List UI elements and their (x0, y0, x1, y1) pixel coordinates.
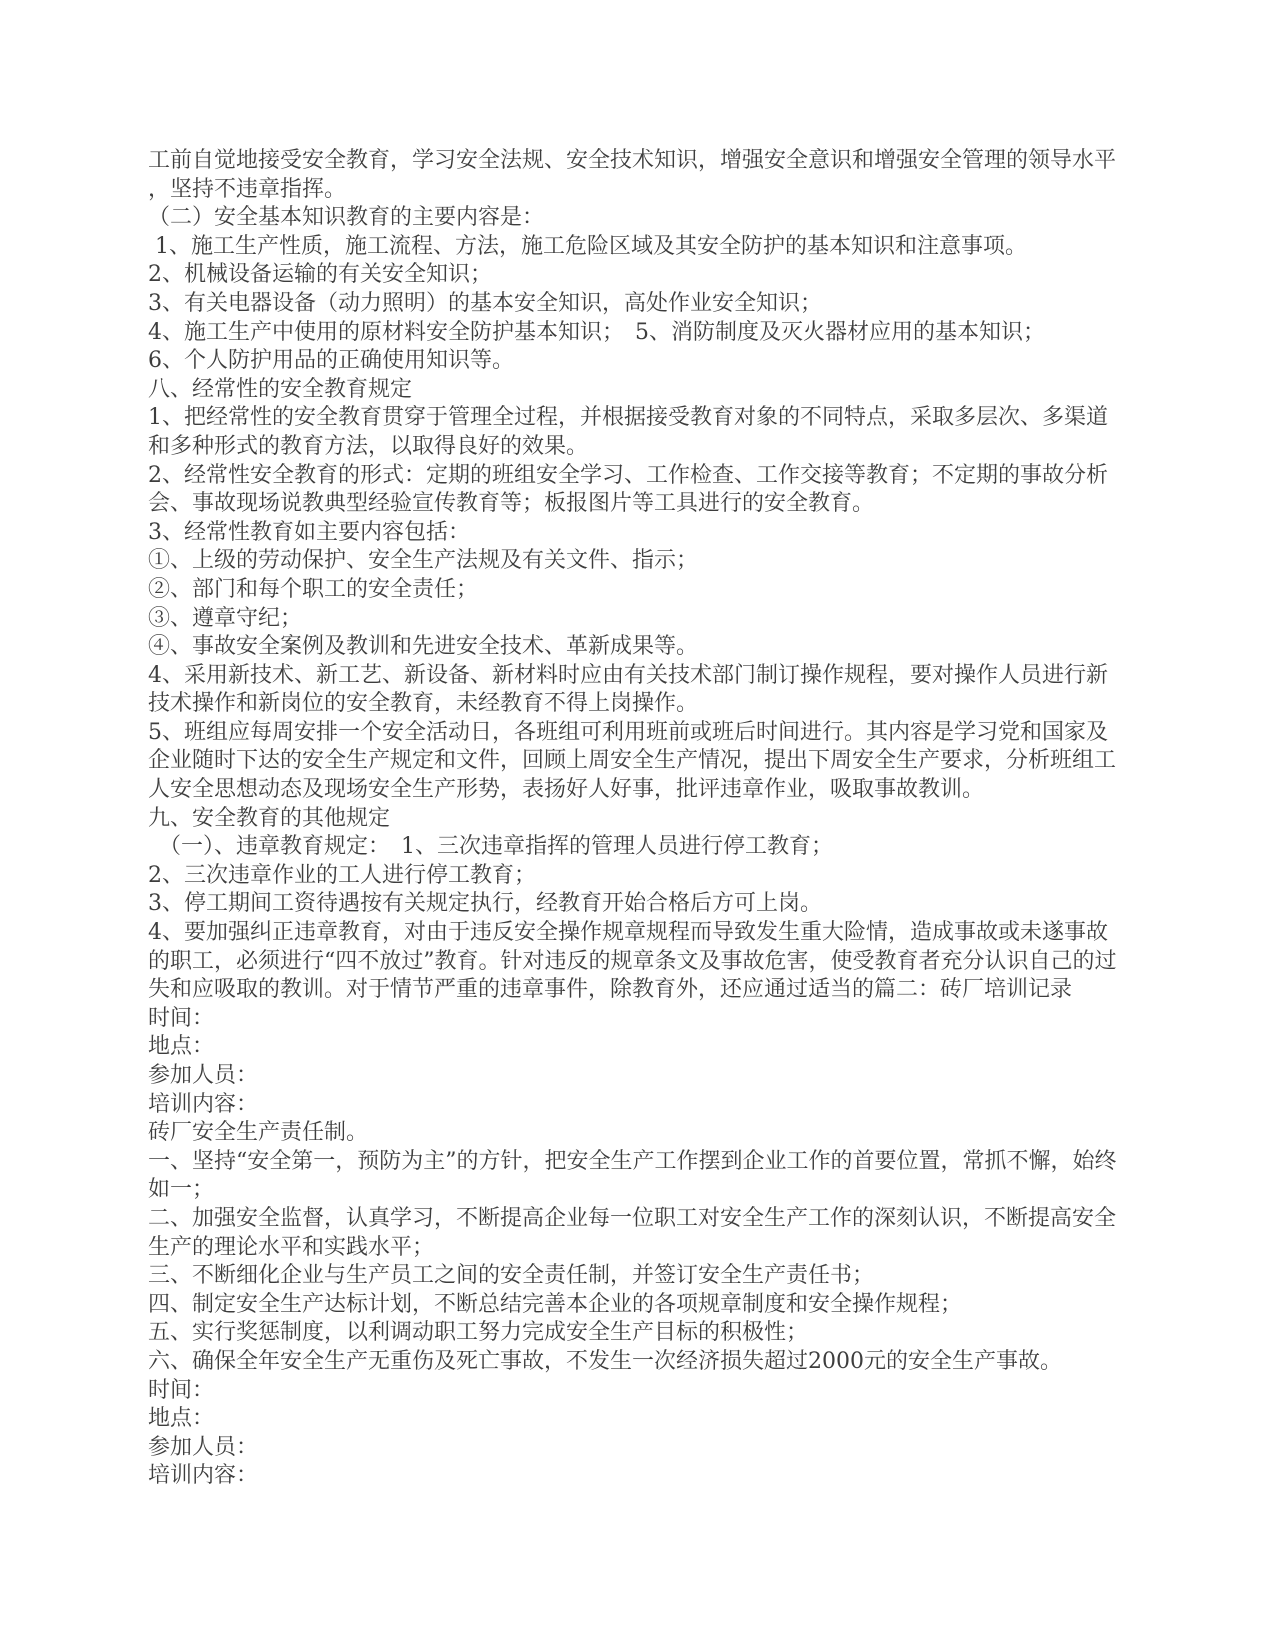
text-line: 4、采用新技术、新工艺、新设备、新材料时应由有关技术部门制订操作规程，要对操作人… (148, 662, 1148, 691)
field-label-participants: 参加人员： (148, 1434, 1148, 1463)
text-line: 5、班组应每周安排一个安全活动日，各班组可利用班前或班后时间进行。其内容是学习党… (148, 719, 1148, 748)
field-label-place: 地点： (148, 1405, 1148, 1434)
text-line: 五、实行奖惩制度，以利调动职工努力完成安全生产目标的积极性； (148, 1319, 1148, 1348)
text-line: 三、不断细化企业与生产员工之间的安全责任制，并签订安全生产责任书； (148, 1262, 1148, 1291)
text-line: ①、上级的劳动保护、安全生产法规及有关文件、指示； (148, 547, 1148, 576)
text-line: 2、机械设备运输的有关安全知识； (148, 261, 1148, 290)
text-line: 的职工，必须进行“四不放过”教育。针对违反的规章条文及事故危害，使受教育者充分认… (148, 948, 1148, 977)
text-line: 3、有关电器设备（动力照明）的基本安全知识，高处作业安全知识； (148, 290, 1148, 319)
text-line: 2、经常性安全教育的形式：定期的班组安全学习、工作检查、工作交接等教育；不定期的… (148, 462, 1148, 491)
text-line: （一）、违章教育规定： 1、三次违章指挥的管理人员进行停工教育； (148, 833, 1148, 862)
field-label-time: 时间： (148, 1005, 1148, 1034)
text-line: 砖厂安全生产责任制。 (148, 1119, 1148, 1148)
field-label-participants: 参加人员： (148, 1062, 1148, 1091)
text-line: （二）安全基本知识教育的主要内容是： (148, 204, 1148, 233)
section-heading: 八、经常性的安全教育规定 (148, 376, 1148, 405)
text-line: ④、事故安全案例及教训和先进安全技术、革新成果等。 (148, 633, 1148, 662)
field-label-time: 时间： (148, 1377, 1148, 1406)
text-line: 3、经常性教育如主要内容包括： (148, 519, 1148, 548)
document-text: 工前自觉地接受安全教育，学习安全法规、安全技术知识，增强安全意识和增强安全管理的… (148, 147, 1148, 1491)
text-line: ②、部门和每个职工的安全责任； (148, 576, 1148, 605)
text-line: 1、把经常性的安全教育贯穿于管理全过程，并根据接受教育对象的不同特点，采取多层次… (148, 404, 1148, 433)
text-line: 会、事故现场说教典型经验宣传教育等；板报图片等工具进行的安全教育。 (148, 490, 1148, 519)
text-line: 4、施工生产中使用的原材料安全防护基本知识； 5、消防制度及灭火器材应用的基本知… (148, 319, 1148, 348)
text-line: ，坚持不违章指挥。 (148, 176, 1148, 205)
section-heading: 九、安全教育的其他规定 (148, 805, 1148, 834)
text-line: 6、个人防护用品的正确使用知识等。 (148, 347, 1148, 376)
text-line: 生产的理论水平和实践水平； (148, 1234, 1148, 1263)
text-line: 企业随时下达的安全生产规定和文件，回顾上周安全生产情况，提出下周安全生产要求，分… (148, 747, 1148, 776)
text-line: 工前自觉地接受安全教育，学习安全法规、安全技术知识，增强安全意识和增强安全管理的… (148, 147, 1148, 176)
text-line: 和多种形式的教育方法，以取得良好的效果。 (148, 433, 1148, 462)
text-line: 1、施工生产性质，施工流程、方法，施工危险区域及其安全防护的基本知识和注意事项。 (148, 233, 1148, 262)
text-line: 六、确保全年安全生产无重伤及死亡事故，不发生一次经济损失超过2000元的安全生产… (148, 1348, 1148, 1377)
text-line: 四、制定安全生产达标计划，不断总结完善本企业的各项规章制度和安全操作规程； (148, 1291, 1148, 1320)
text-line: 失和应吸取的教训。对于情节严重的违章事件，除教育外，还应通过适当的篇二：砖厂培训… (148, 976, 1148, 1005)
field-label-training-content: 培训内容： (148, 1091, 1148, 1120)
text-line: 一、坚持“安全第一，预防为主”的方针，把安全生产工作摆到企业工作的首要位置，常抓… (148, 1148, 1148, 1177)
text-line: 如一； (148, 1176, 1148, 1205)
text-line: 4、要加强纠正违章教育，对由于违反安全操作规章规程而导致发生重大险情，造成事故或… (148, 919, 1148, 948)
field-label-place: 地点： (148, 1033, 1148, 1062)
text-line: 2、三次违章作业的工人进行停工教育； (148, 862, 1148, 891)
text-line: 人安全思想动态及现场安全生产形势，表扬好人好事，批评违章作业，吸取事故教训。 (148, 776, 1148, 805)
text-line: ③、遵章守纪； (148, 605, 1148, 634)
text-line: 二、加强安全监督，认真学习，不断提高企业每一位职工对安全生产工作的深刻认识，不断… (148, 1205, 1148, 1234)
text-line: 3、停工期间工资待遇按有关规定执行，经教育开始合格后方可上岗。 (148, 890, 1148, 919)
text-line: 技术操作和新岗位的安全教育，未经教育不得上岗操作。 (148, 690, 1148, 719)
field-label-training-content: 培训内容： (148, 1462, 1148, 1491)
document-page: 工前自觉地接受安全教育，学习安全法规、安全技术知识，增强安全意识和增强安全管理的… (0, 0, 1275, 1650)
